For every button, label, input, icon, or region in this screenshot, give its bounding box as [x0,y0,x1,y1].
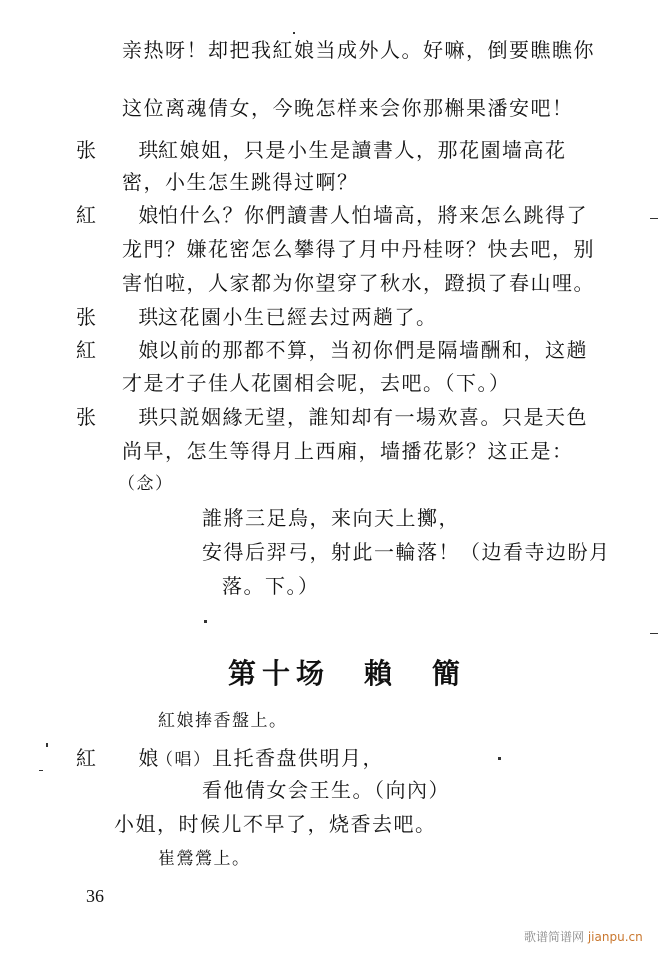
watermark: 歌谱简谱网 jianpu.cn [524,928,643,945]
scan-speck [46,743,48,747]
scan-speck [650,633,658,634]
stage-direction: 紅娘捧香盤上。 [158,709,288,733]
text-line: 小姐，时候儿不早了，烧香去吧。 [114,812,437,836]
scan-speck [39,770,43,771]
text-line: 龙門？嫌花密怎么攀得了月中丹桂呀？快去吧，别 [122,237,595,261]
text-line: 才是才子佳人花園相会呢，去吧。（下。） [122,371,511,395]
text-line: 怕什么？你們讀書人怕墙高，將来怎么跳得了 [158,203,588,227]
sung-line: 且托香盘供明月， [212,746,384,770]
text-line: 以前的那都不算，当初你們是隔墙酬和，这趟 [158,338,588,362]
scan-speck [498,757,501,760]
text-line: 密，小生怎生跳得过啊？ [122,170,359,194]
text-line: 害怕啦，人家都为你望穿了秋水，蹬损了春山哩。 [122,271,595,295]
sung-line: 看他倩女会王生。（向內） [202,778,450,802]
text-line: 亲热呀！却把我紅娘当成外人。好嘛，倒要瞧瞧你 [122,38,595,62]
verse-line: 安得后羿弓，射此一輪落！（边看寺边盼月 [202,540,611,564]
verse-line: 誰將三足烏，来向天上擲， [202,506,460,530]
page-number: 36 [86,886,104,907]
scan-speck [204,620,207,623]
verse-line: 落。下。） [222,574,320,598]
scan-speck [650,218,658,219]
text-line: 尚早，怎生等得月上西廂，墙播花影？这正是： [122,439,574,463]
text-line: 这位离魂倩女，今晚怎样来会你那槲果潘安吧！ [122,96,574,120]
text-line: （念） [118,472,174,496]
watermark-site-name: 歌谱简谱网 [524,930,584,944]
text-line: 紅娘姐，只是小生是讀書人，那花園墙高花 [158,138,567,162]
scan-speck [293,32,295,34]
stage-direction: 崔鶯鶯上。 [158,847,251,871]
text-line: 只説姻緣无望，誰知却有一場欢喜。只是天色 [158,405,588,429]
sung-marker: （唱） [156,748,212,772]
scene-title: 第十场 賴 簡 [228,652,466,692]
watermark-url: jianpu.cn [588,930,643,944]
text-line: 这花園小生已經去过两趟了。 [158,305,438,329]
